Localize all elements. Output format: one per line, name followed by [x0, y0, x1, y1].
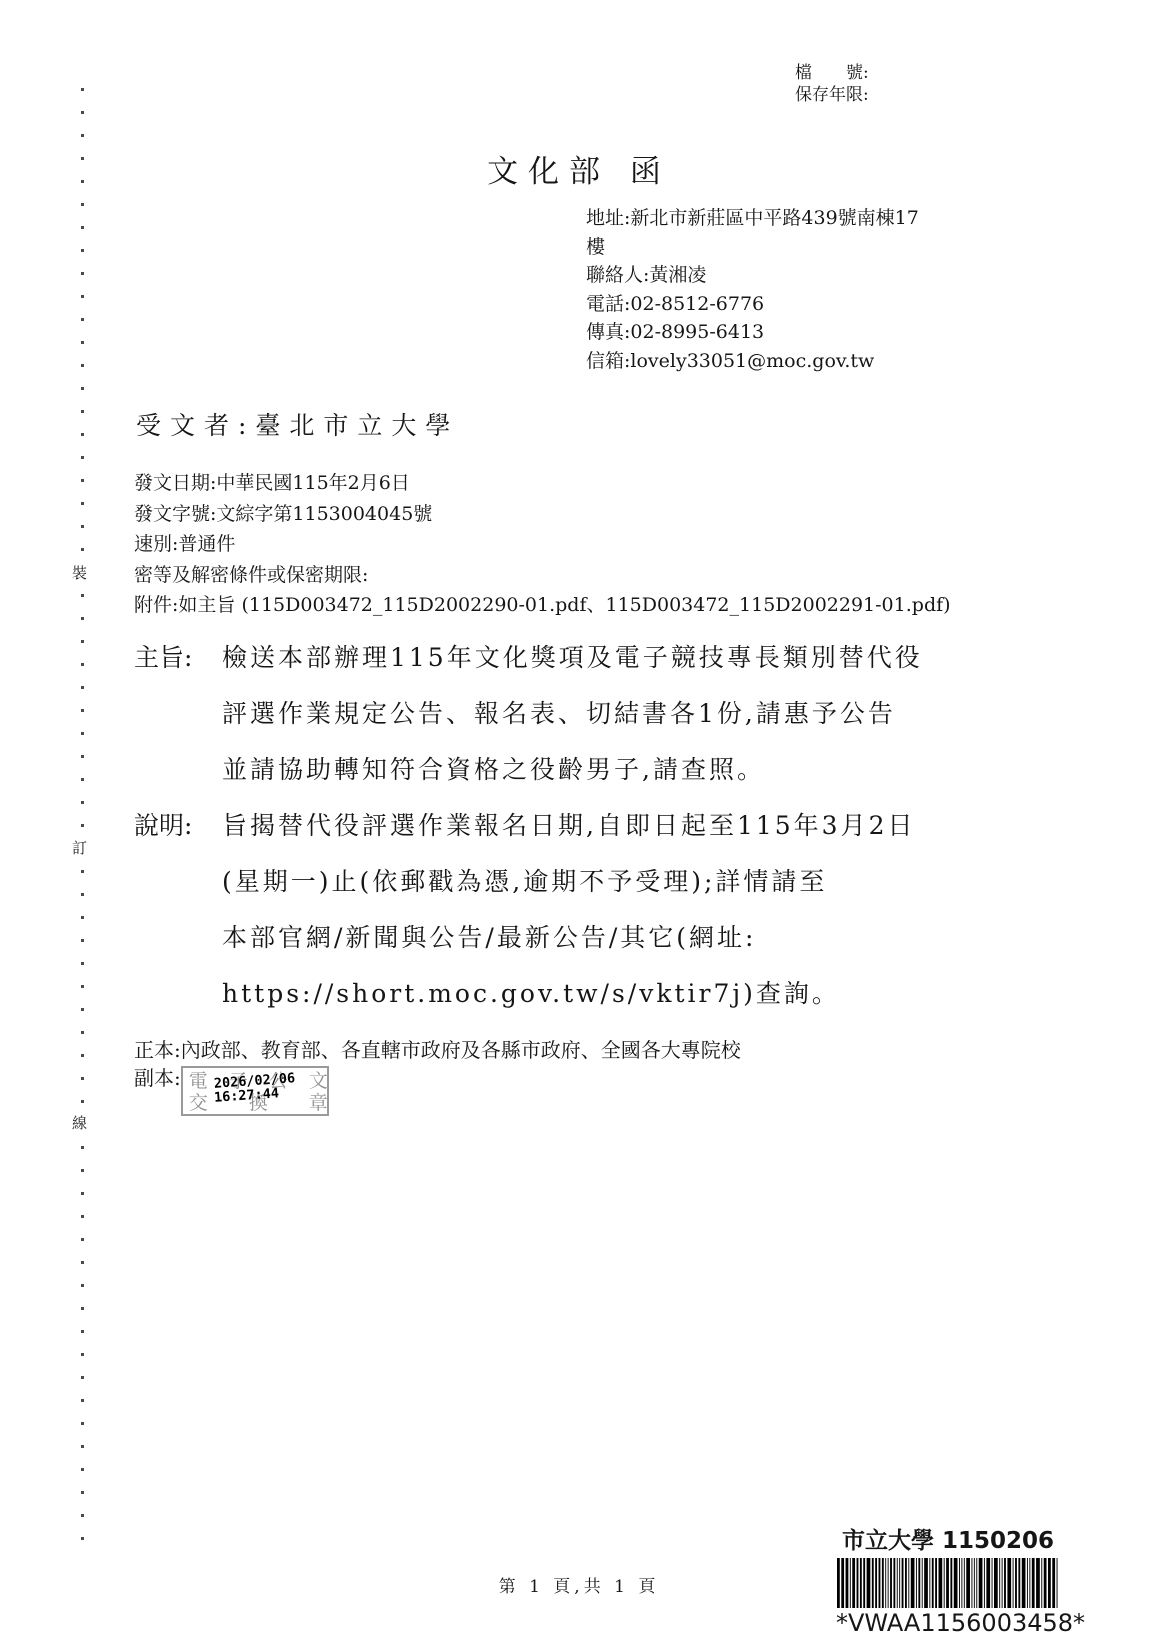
- barcode-label: 市立大學 1150206: [836, 1522, 1060, 1555]
- priority-line: 速別:普通件: [134, 529, 951, 560]
- description-line: https://short.moc.gov.tw/s/vktir7j)查詢。: [222, 966, 915, 1022]
- cc-label: 副本:: [134, 1064, 181, 1092]
- binding-dotted-line: [81, 88, 84, 1550]
- official-letter-page: 裝 訂 線 檔 號: 保存年限: 文化部 函 地址:新北市新莊區中平路439號南…: [0, 0, 1158, 1649]
- issue-date-line: 發文日期:中華民國115年2月6日: [134, 468, 951, 499]
- subject-label: 主旨:: [134, 630, 192, 686]
- barcode-icon: [837, 1558, 1059, 1608]
- sender-contact-block: 地址:新北市新莊區中平路439號南棟17 樓 聯絡人:黃湘凌 電話:02-851…: [586, 204, 919, 375]
- description-line: (星期一)止(依郵戳為憑,逾期不予受理);詳情請至: [222, 854, 915, 910]
- binding-char-xian: 線: [72, 1113, 87, 1134]
- file-number-block: 檔 號: 保存年限:: [795, 62, 869, 106]
- description-line: 旨揭替代役評選作業報名日期,自即日起至115年3月2日: [222, 798, 915, 854]
- subject-line: 檢送本部辦理115年文化獎項及電子競技專長類別替代役: [222, 630, 923, 686]
- copies-block: 正本:內政部、教育部、各直轄市政府及各縣市政府、全國各大專院校 副本: 電子公文…: [134, 1036, 741, 1116]
- description-paragraph: 說明: 旨揭替代役評選作業報名日期,自即日起至115年3月2日 (星期一)止(依…: [134, 798, 915, 1022]
- barcode-block: 市立大學 1150206 *VWAA1156003458*: [836, 1522, 1060, 1637]
- sender-address-line1: 地址:新北市新莊區中平路439號南棟17: [586, 204, 919, 233]
- retention-period-label: 保存年限:: [795, 84, 869, 106]
- electronic-exchange-stamp: 電子公文 交換章 2026/02/06 16:27:44: [181, 1066, 329, 1116]
- barcode-code-text: *VWAA1156003458*: [836, 1609, 1060, 1637]
- sender-fax: 傳真:02-8995-6413: [586, 318, 919, 347]
- security-line: 密等及解密條件或保密期限:: [134, 560, 951, 591]
- document-meta-block: 發文日期:中華民國115年2月6日 發文字號:文綜字第1153004045號 速…: [134, 468, 951, 621]
- subject-line: 評選作業規定公告、報名表、切結書各1份,請惠予公告: [222, 686, 923, 742]
- description-line: 本部官網/新聞與公告/最新公告/其它(網址:: [222, 910, 915, 966]
- original-recipients-line: 正本:內政部、教育部、各直轄市政府及各縣市政府、全國各大專院校: [134, 1036, 741, 1064]
- description-label: 說明:: [134, 798, 192, 854]
- subject-line: 並請協助轉知符合資格之役齡男子,請查照。: [222, 742, 923, 798]
- sender-contact-person: 聯絡人:黃湘凌: [586, 261, 919, 290]
- binding-char-zhuang: 裝: [72, 563, 87, 584]
- cc-row: 副本: 電子公文 交換章 2026/02/06 16:27:44: [134, 1064, 741, 1116]
- recipient-line: 受文者:臺北市立大學: [136, 406, 459, 442]
- sender-phone: 電話:02-8512-6776: [586, 290, 919, 319]
- document-title: 文化部 函: [0, 146, 1158, 191]
- doc-number-line: 發文字號:文綜字第1153004045號: [134, 499, 951, 530]
- sender-email: 信箱:lovely33051@moc.gov.tw: [586, 347, 919, 376]
- attachment-line: 附件:如主旨 (115D003472_115D2002290-01.pdf、11…: [134, 590, 951, 621]
- file-number-label: 檔 號:: [795, 62, 869, 84]
- sender-address-line2: 樓: [586, 233, 919, 262]
- binding-char-ding: 訂: [72, 838, 87, 859]
- subject-paragraph: 主旨: 檢送本部辦理115年文化獎項及電子競技專長類別替代役 評選作業規定公告、…: [134, 630, 923, 798]
